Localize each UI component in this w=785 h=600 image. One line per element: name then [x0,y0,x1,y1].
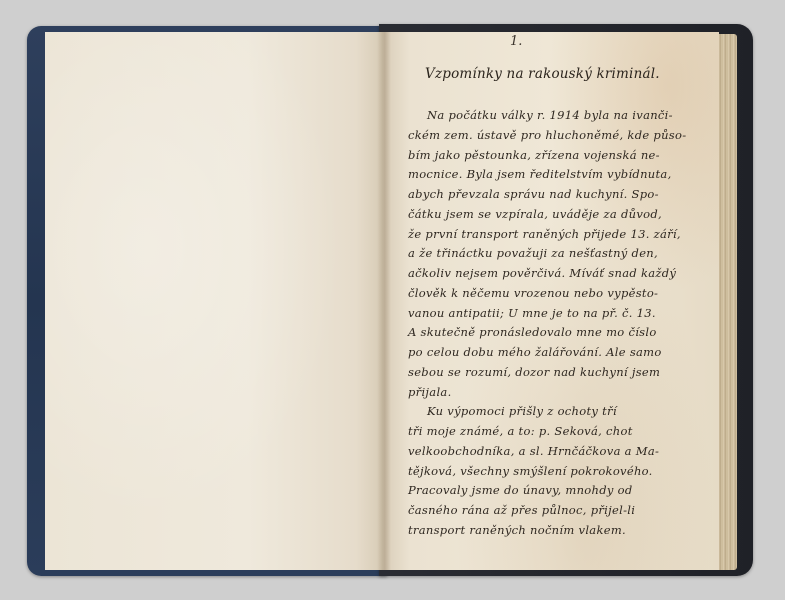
text-line: člověk k něčemu vrozenou nebo vypěsto- [408,286,658,300]
page-edges [717,34,737,570]
text-line: sebou se rozumí, dozor nad kuchyní jsem [408,365,660,379]
text-line: čátku jsem se vzpírala, uváděje za důvod… [408,207,662,221]
text-line: Na počátku války r. 1914 byla na ivanči- [427,108,673,122]
text-line: že první transport raněných přijede 13. … [408,227,681,241]
text-line: velkoobchodníka, a sl. Hrnčáčkova a Ma- [408,444,659,458]
text-line: mocnice. Byla jsem ředitelstvím vybídnut… [408,167,672,181]
text-line: ckém zem. ústavě pro hluchoněmé, kde půs… [408,128,686,142]
text-line: abych převzala správu nad kuchyní. Spo- [408,187,659,201]
text-line: bím jako pěstounka, zřízena vojenská ne- [408,148,660,162]
text-line: vanou antipatii; U mne je to na př. č. 1… [408,306,656,320]
text-line: časného rána až přes půlnoc, přijel-li [408,503,635,517]
text-line: po celou dobu mého žalářování. Ale samo [408,345,662,359]
text-line: přijala. [408,385,452,399]
text-line: tři moje známé, a to: p. Seková, chot [408,424,633,438]
text-line: ačkoliv nejsem pověrčivá. Míváť snad kaž… [408,266,676,280]
text-line: tějková, všechny smýšlení pokrokového. [408,464,653,478]
page-title: Vzpomínky na rakouský kriminál. [425,66,660,82]
book-gutter [377,32,391,570]
left-page-blank [45,32,383,570]
text-line: transport raněných nočním vlakem. [408,523,626,537]
text-line: A skutečně pronásledovalo mne mo číslo [408,325,657,339]
text-line: Ku výpomoci přišly z ochoty tří [427,404,617,418]
text-line: a že třináctku považuji za nešťastný den… [408,246,658,260]
text-line: Pracovaly jsme do únavy, mnohdy od [408,483,633,497]
page-number: 1. [510,34,522,49]
